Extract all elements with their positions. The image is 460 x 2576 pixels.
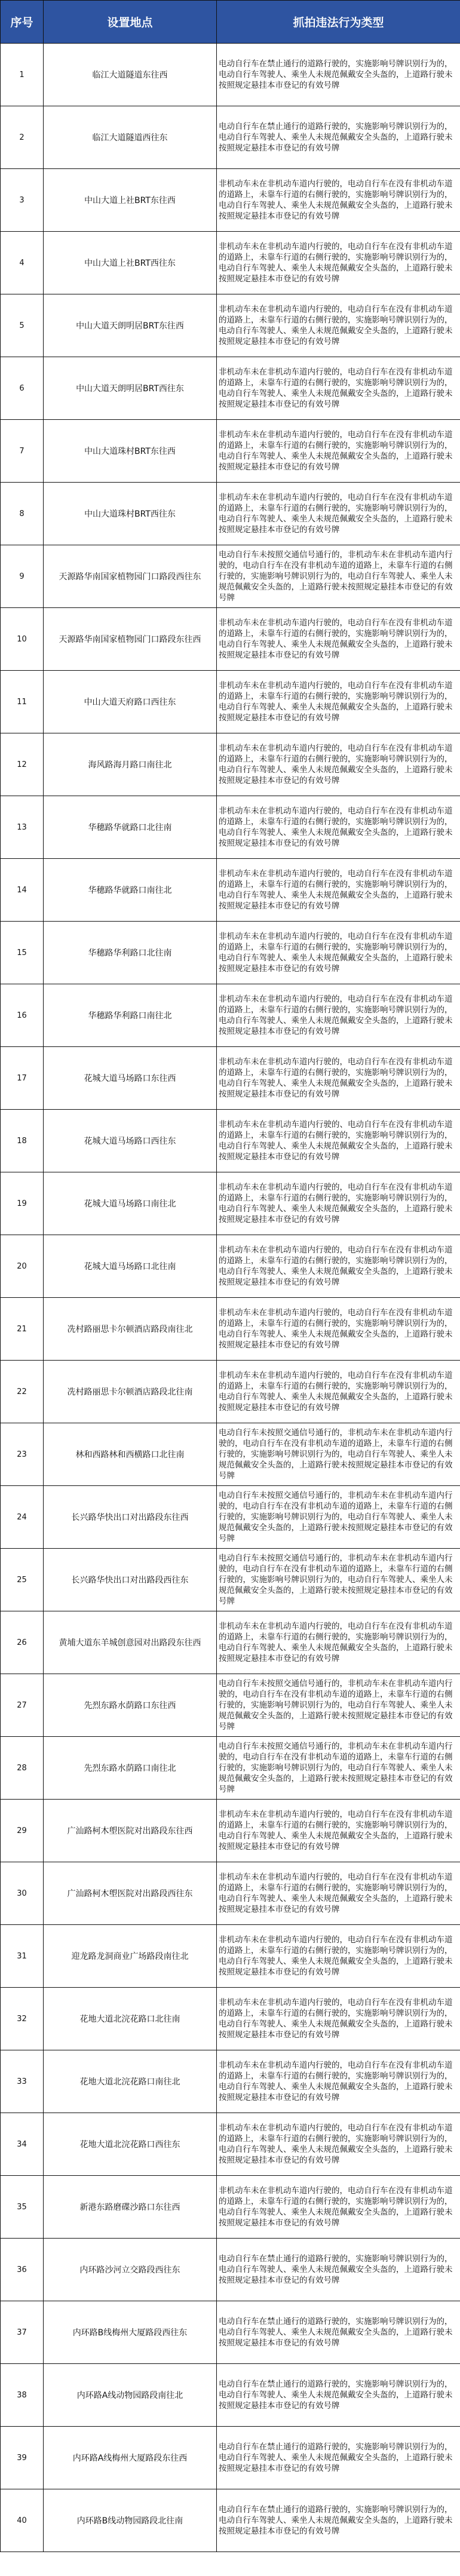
table-row: 9 天源路华南国家植物园门口路段西往东 电动自行车未按照交通信号通行的，非机动车…: [1, 545, 460, 608]
cell-location: 内环路B线动物园路段北往南: [44, 2489, 217, 2552]
cell-violation-type: 电动自行车在禁止通行的道路行驶的，实施影响号牌识别行为的，电动自行车驾驶人、乘坐…: [217, 44, 460, 106]
cell-location: 华穗路华利路口北往南: [44, 922, 217, 984]
table-row: 5 中山大道天朗明居BRT东往西 非机动车未在非机动车道内行驶的，电动自行车在没…: [1, 294, 460, 357]
cell-location: 华穗路华就路口南往北: [44, 859, 217, 922]
cell-violation-type: 非机动车未在非机动车道内行驶的，电动自行车在没有非机动车道的道路上，未靠车行道的…: [217, 796, 460, 859]
cell-violation-type: 非机动车未在非机动车道内行驶的，电动自行车在没有非机动车道的道路上，未靠车行道的…: [217, 1611, 460, 1674]
cell-no: 3: [1, 169, 44, 232]
table-row: 27 先烈东路水荫路口东往西 电动自行车未按照交通信号通行的，非机动车未在非机动…: [1, 1674, 460, 1737]
cell-no: 37: [1, 2301, 44, 2364]
cell-no: 32: [1, 1988, 44, 2050]
cell-location: 先烈东路水荫路口南往北: [44, 1737, 217, 1800]
table-row: 13 华穗路华就路口北往南 非机动车未在非机动车道内行驶的，电动自行车在没有非机…: [1, 796, 460, 859]
table-row: 39 内环路A线梅州大厦路段东往西 电动自行车在禁止通行的道路行驶的，实施影响号…: [1, 2427, 460, 2489]
cell-violation-type: 非机动车未在非机动车道内行驶的，电动自行车在没有非机动车道的道路上，未靠车行道的…: [217, 922, 460, 984]
cell-violation-type: 电动自行车未按照交通信号通行的，非机动车未在非机动车道内行驶的，电动自行车在没有…: [217, 1423, 460, 1486]
cell-location: 花城大道马场路口北往南: [44, 1235, 217, 1298]
cell-no: 34: [1, 2113, 44, 2176]
cell-location: 海风路海月路口南往北: [44, 733, 217, 796]
cell-no: 5: [1, 294, 44, 357]
cell-violation-type: 非机动车未在非机动车道内行驶的，电动自行车在没有非机动车道的道路上，未靠车行道的…: [217, 483, 460, 545]
cell-location: 林和西路林和西横路口北往南: [44, 1423, 217, 1486]
cell-violation-type: 非机动车未在非机动车道内行驶的，电动自行车在没有非机动车道的道路上，未靠车行道的…: [217, 357, 460, 420]
cell-no: 19: [1, 1172, 44, 1235]
cell-violation-type: 非机动车未在非机动车道内行驶的，电动自行车在没有非机动车道的道路上，未靠车行道的…: [217, 1235, 460, 1298]
cell-no: 13: [1, 796, 44, 859]
cell-violation-type: 非机动车未在非机动车道内行驶的，电动自行车在没有非机动车道的道路上，未靠车行道的…: [217, 1925, 460, 1988]
table-row: 19 花城大道马场路口南往北 非机动车未在非机动车道内行驶的，电动自行车在没有非…: [1, 1172, 460, 1235]
cell-violation-type: 非机动车未在非机动车道内行驶的，电动自行车在没有非机动车道的道路上，未靠车行道的…: [217, 1988, 460, 2050]
table-row: 31 迎龙路龙洞商业广场路段南往北 非机动车未在非机动车道内行驶的，电动自行车在…: [1, 1925, 460, 1988]
table-row: 12 海风路海月路口南往北 非机动车未在非机动车道内行驶的，电动自行车在没有非机…: [1, 733, 460, 796]
cell-no: 27: [1, 1674, 44, 1737]
table-row: 35 新港东路磨碟沙路口东往西 非机动车未在非机动车道内行驶的，电动自行车在没有…: [1, 2176, 460, 2239]
header-col-no: 序号: [1, 1, 44, 44]
cell-violation-type: 非机动车未在非机动车道内行驶的，电动自行车在没有非机动车道的道路上，未靠车行道的…: [217, 232, 460, 294]
cell-no: 40: [1, 2489, 44, 2552]
cell-violation-type: 电动自行车未按照交通信号通行的，非机动车未在非机动车道内行驶的，电动自行车在没有…: [217, 1486, 460, 1549]
cell-violation-type: 非机动车未在非机动车道内行驶的，电动自行车在没有非机动车道的道路上，未靠车行道的…: [217, 294, 460, 357]
cell-location: 花地大道北浣花路口南往北: [44, 2050, 217, 2113]
camera-locations-table: 序号 设置地点 抓拍违法行为类型 1 临江大道隧道东往西 电动自行车在禁止通行的…: [0, 0, 460, 2552]
cell-location: 中山大道上社BRT东往西: [44, 169, 217, 232]
cell-location: 内环路B线梅州大厦路段西往东: [44, 2301, 217, 2364]
cell-location: 广汕路柯木塱医院对出路段东往西: [44, 1800, 217, 1862]
cell-location: 内环路沙河立交路段西往东: [44, 2239, 217, 2301]
cell-no: 1: [1, 44, 44, 106]
cell-no: 10: [1, 608, 44, 671]
cell-violation-type: 非机动车未在非机动车道内行驶的，电动自行车在没有非机动车道的道路上，未靠车行道的…: [217, 671, 460, 733]
cell-violation-type: 电动自行车在禁止通行的道路行驶的，实施影响号牌识别行为的，电动自行车驾驶人、乘坐…: [217, 2427, 460, 2489]
cell-violation-type: 非机动车未在非机动车道内行驶的，电动自行车在没有非机动车道的道路上，未靠车行道的…: [217, 1047, 460, 1110]
cell-no: 18: [1, 1110, 44, 1172]
cell-location: 中山大道天朗明居BRT东往西: [44, 294, 217, 357]
cell-violation-type: 电动自行车在禁止通行的道路行驶的，实施影响号牌识别行为的，电动自行车驾驶人、乘坐…: [217, 2364, 460, 2427]
table-row: 8 中山大道珠村BRT西往东 非机动车未在非机动车道内行驶的，电动自行车在没有非…: [1, 483, 460, 545]
cell-violation-type: 电动自行车未按照交通信号通行的，非机动车未在非机动车道内行驶的，电动自行车在没有…: [217, 1549, 460, 1611]
cell-no: 2: [1, 106, 44, 169]
table-row: 29 广汕路柯木塱医院对出路段东往西 非机动车未在非机动车道内行驶的，电动自行车…: [1, 1800, 460, 1862]
cell-violation-type: 非机动车未在非机动车道内行驶的，电动自行车在没有非机动车道的道路上，未靠车行道的…: [217, 1800, 460, 1862]
cell-violation-type: 非机动车未在非机动车道内行驶的，电动自行车在没有非机动车道的道路上，未靠车行道的…: [217, 733, 460, 796]
cell-no: 29: [1, 1800, 44, 1862]
table-row: 6 中山大道天朗明居BRT西往东 非机动车未在非机动车道内行驶的，电动自行车在没…: [1, 357, 460, 420]
cell-violation-type: 非机动车未在非机动车道内行驶的，电动自行车在没有非机动车道的道路上，未靠车行道的…: [217, 169, 460, 232]
cell-violation-type: 非机动车未在非机动车道内行驶的、电动自行车在没有非机动车道的道路上，未靠车行道的…: [217, 1110, 460, 1172]
cell-no: 28: [1, 1737, 44, 1800]
table-row: 23 林和西路林和西横路口北往南 电动自行车未按照交通信号通行的，非机动车未在非…: [1, 1423, 460, 1486]
cell-no: 31: [1, 1925, 44, 1988]
table-row: 25 长兴路华快出口对出路段西往东 电动自行车未按照交通信号通行的，非机动车未在…: [1, 1549, 460, 1611]
cell-location: 冼村路丽思卡尔顿酒店路段南往北: [44, 1298, 217, 1361]
cell-violation-type: 非机动车未在非机动车道内行驶的，电动自行车在没有非机动车道的道路上，未靠车行道的…: [217, 859, 460, 922]
cell-no: 38: [1, 2364, 44, 2427]
header-col-type: 抓拍违法行为类型: [217, 1, 460, 44]
table-row: 18 花城大道马场路口西往东 非机动车未在非机动车道内行驶的、电动自行车在没有非…: [1, 1110, 460, 1172]
cell-no: 33: [1, 2050, 44, 2113]
table-row: 30 广汕路柯木塱医院对出路段西往东 非机动车未在非机动车道内行驶的，电动自行车…: [1, 1862, 460, 1925]
cell-violation-type: 非机动车未在非机动车道内行驶的，电动自行车在没有非机动车道的道路上，未靠车行道的…: [217, 1298, 460, 1361]
table-row: 33 花地大道北浣花路口南往北 非机动车未在非机动车道内行驶的，电动自行车在没有…: [1, 2050, 460, 2113]
cell-violation-type: 电动自行车在禁止通行的道路行驶的，实施影响号牌识别行为的，电动自行车驾驶人、乘坐…: [217, 2239, 460, 2301]
cell-no: 15: [1, 922, 44, 984]
table-row: 2 临江大道隧道西往东 电动自行车在禁止通行的道路行驶的，实施影响号牌识别行为的…: [1, 106, 460, 169]
cell-location: 中山大道珠村BRT西往东: [44, 483, 217, 545]
cell-violation-type: 电动自行车未按照交通信号通行的，非机动车未在非机动车道内行驶的，电动自行车在没有…: [217, 1737, 460, 1800]
cell-location: 花城大道马场路口西往东: [44, 1110, 217, 1172]
table-row: 40 内环路B线动物园路段北往南 电动自行车在禁止通行的道路行驶的，实施影响号牌…: [1, 2489, 460, 2552]
cell-no: 26: [1, 1611, 44, 1674]
cell-no: 14: [1, 859, 44, 922]
cell-violation-type: 电动自行车在禁止通行的道路行驶的，实施影响号牌识别行为的，电动自行车驾驶人、乘坐…: [217, 106, 460, 169]
cell-location: 内环路A线动物园路段南往北: [44, 2364, 217, 2427]
table-row: 4 中山大道上社BRT西往东 非机动车未在非机动车道内行驶的，电动自行车在没有非…: [1, 232, 460, 294]
cell-location: 华穗路华利路口南往北: [44, 984, 217, 1047]
cell-location: 花地大道北浣花路口北往南: [44, 1988, 217, 2050]
table-row: 34 花地大道北浣花路口西往东 非机动车未在非机动车道内行驶的，电动自行车在没有…: [1, 2113, 460, 2176]
cell-no: 25: [1, 1549, 44, 1611]
cell-no: 30: [1, 1862, 44, 1925]
cell-no: 4: [1, 232, 44, 294]
cell-location: 花地大道北浣花路口西往东: [44, 2113, 217, 2176]
cell-violation-type: 电动自行车未按照交通信号通行的，非机动车未在非机动车道内行驶的，电动自行车在没有…: [217, 545, 460, 608]
cell-location: 新港东路磨碟沙路口东往西: [44, 2176, 217, 2239]
cell-no: 35: [1, 2176, 44, 2239]
table-row: 32 花地大道北浣花路口北往南 非机动车未在非机动车道内行驶的，电动自行车在没有…: [1, 1988, 460, 2050]
cell-no: 6: [1, 357, 44, 420]
cell-location: 临江大道隧道东往西: [44, 44, 217, 106]
header-row: 序号 设置地点 抓拍违法行为类型: [1, 1, 460, 44]
cell-location: 广汕路柯木塱医院对出路段西往东: [44, 1862, 217, 1925]
cell-no: 23: [1, 1423, 44, 1486]
cell-location: 中山大道天朗明居BRT西往东: [44, 357, 217, 420]
cell-violation-type: 非机动车未在非机动车道内行驶的，电动自行车在没有非机动车道的道路上，未靠车行道的…: [217, 2050, 460, 2113]
cell-no: 8: [1, 483, 44, 545]
cell-violation-type: 非机动车未在非机动车道内行驶的，电动自行车在没有非机动车道的道路上，未靠车行道的…: [217, 420, 460, 483]
table-row: 37 内环路B线梅州大厦路段西往东 电动自行车在禁止通行的道路行驶的，实施影响号…: [1, 2301, 460, 2364]
cell-location: 华穗路华就路口北往南: [44, 796, 217, 859]
cell-location: 中山大道天府路口西往东: [44, 671, 217, 733]
table-row: 36 内环路沙河立交路段西往东 电动自行车在禁止通行的道路行驶的，实施影响号牌识…: [1, 2239, 460, 2301]
cell-no: 9: [1, 545, 44, 608]
cell-violation-type: 电动自行车未按照交通信号通行的，非机动车未在非机动车道内行驶的，电动自行车在没有…: [217, 1674, 460, 1737]
cell-location: 天源路华南国家植物园门口路段西往东: [44, 545, 217, 608]
cell-violation-type: 非机动车未在非机动车道内行驶的，电动自行车在没有非机动车道的道路上，未靠车行道的…: [217, 608, 460, 671]
table-row: 11 中山大道天府路口西往东 非机动车未在非机动车道内行驶的，电动自行车在没有非…: [1, 671, 460, 733]
table-row: 20 花城大道马场路口北往南 非机动车未在非机动车道内行驶的，电动自行车在没有非…: [1, 1235, 460, 1298]
cell-violation-type: 非机动车未在非机动车道内行驶的，电动自行车在没有非机动车道的道路上，未靠车行道的…: [217, 2113, 460, 2176]
cell-no: 36: [1, 2239, 44, 2301]
cell-violation-type: 电动自行车在禁止通行的道路行驶的，实施影响号牌识别行为的，电动自行车驾驶人、乘坐…: [217, 2489, 460, 2552]
cell-location: 中山大道珠村BRT东往西: [44, 420, 217, 483]
cell-violation-type: 非机动车未在非机动车道内行驶的，电动自行车在没有非机动车道的道路上，未靠车行道的…: [217, 984, 460, 1047]
cell-no: 16: [1, 984, 44, 1047]
cell-location: 天源路华南国家植物园门口路段东往西: [44, 608, 217, 671]
cell-no: 22: [1, 1361, 44, 1423]
table-row: 21 冼村路丽思卡尔顿酒店路段南往北 非机动车未在非机动车道内行驶的，电动自行车…: [1, 1298, 460, 1361]
cell-location: 临江大道隧道西往东: [44, 106, 217, 169]
header-col-location: 设置地点: [44, 1, 217, 44]
cell-location: 黄埔大道东羊城创意园对出路段东往西: [44, 1611, 217, 1674]
cell-no: 11: [1, 671, 44, 733]
table-header: 序号 设置地点 抓拍违法行为类型: [1, 1, 460, 44]
table-row: 38 内环路A线动物园路段南往北 电动自行车在禁止通行的道路行驶的，实施影响号牌…: [1, 2364, 460, 2427]
cell-location: 内环路A线梅州大厦路段东往西: [44, 2427, 217, 2489]
cell-no: 17: [1, 1047, 44, 1110]
table-body: 1 临江大道隧道东往西 电动自行车在禁止通行的道路行驶的，实施影响号牌识别行为的…: [1, 44, 460, 2552]
cell-location: 花城大道马场路口南往北: [44, 1172, 217, 1235]
table-row: 15 华穗路华利路口北往南 非机动车未在非机动车道内行驶的，电动自行车在没有非机…: [1, 922, 460, 984]
table-row: 3 中山大道上社BRT东往西 非机动车未在非机动车道内行驶的，电动自行车在没有非…: [1, 169, 460, 232]
cell-no: 21: [1, 1298, 44, 1361]
cell-violation-type: 非机动车未在非机动车道内行驶的，电动自行车在没有非机动车道的道路上，未靠车行道的…: [217, 1361, 460, 1423]
cell-no: 39: [1, 2427, 44, 2489]
table-row: 28 先烈东路水荫路口南往北 电动自行车未按照交通信号通行的，非机动车未在非机动…: [1, 1737, 460, 1800]
table-row: 26 黄埔大道东羊城创意园对出路段东往西 非机动车未在非机动车道内行驶的，电动自…: [1, 1611, 460, 1674]
cell-location: 迎龙路龙洞商业广场路段南往北: [44, 1925, 217, 1988]
cell-location: 花城大道马场路口东往西: [44, 1047, 217, 1110]
cell-no: 20: [1, 1235, 44, 1298]
table-row: 22 冼村路丽思卡尔顿酒店路段北往南 非机动车未在非机动车道内行驶的，电动自行车…: [1, 1361, 460, 1423]
cell-location: 冼村路丽思卡尔顿酒店路段北往南: [44, 1361, 217, 1423]
cell-location: 先烈东路水荫路口东往西: [44, 1674, 217, 1737]
cell-violation-type: 非机动车未在非机动车道内行驶的，电动自行车在没有非机动车道的道路上，未靠车行道的…: [217, 1862, 460, 1925]
table-row: 24 长兴路华快出口对出路段东往西 电动自行车未按照交通信号通行的，非机动车未在…: [1, 1486, 460, 1549]
cell-no: 12: [1, 733, 44, 796]
cell-location: 长兴路华快出口对出路段东往西: [44, 1486, 217, 1549]
table-row: 14 华穗路华就路口南往北 非机动车未在非机动车道内行驶的，电动自行车在没有非机…: [1, 859, 460, 922]
cell-violation-type: 非机动车未在非机动车道内行驶的，电动自行车在没有非机动车道的道路上，未靠车行道的…: [217, 1172, 460, 1235]
table-row: 10 天源路华南国家植物园门口路段东往西 非机动车未在非机动车道内行驶的，电动自…: [1, 608, 460, 671]
cell-location: 长兴路华快出口对出路段西往东: [44, 1549, 217, 1611]
cell-violation-type: 非机动车未在非机动车道内行驶的，电动自行车在没有非机动车道的道路上，未靠车行道的…: [217, 2176, 460, 2239]
table-row: 17 花城大道马场路口东往西 非机动车未在非机动车道内行驶的，电动自行车在没有非…: [1, 1047, 460, 1110]
table-row: 16 华穗路华利路口南往北 非机动车未在非机动车道内行驶的，电动自行车在没有非机…: [1, 984, 460, 1047]
cell-no: 24: [1, 1486, 44, 1549]
cell-violation-type: 电动自行车在禁止通行的道路行驶的，实施影响号牌识别行为的，电动自行车驾驶人、乘坐…: [217, 2301, 460, 2364]
table-row: 1 临江大道隧道东往西 电动自行车在禁止通行的道路行驶的，实施影响号牌识别行为的…: [1, 44, 460, 106]
cell-location: 中山大道上社BRT西往东: [44, 232, 217, 294]
table-row: 7 中山大道珠村BRT东往西 非机动车未在非机动车道内行驶的，电动自行车在没有非…: [1, 420, 460, 483]
cell-no: 7: [1, 420, 44, 483]
